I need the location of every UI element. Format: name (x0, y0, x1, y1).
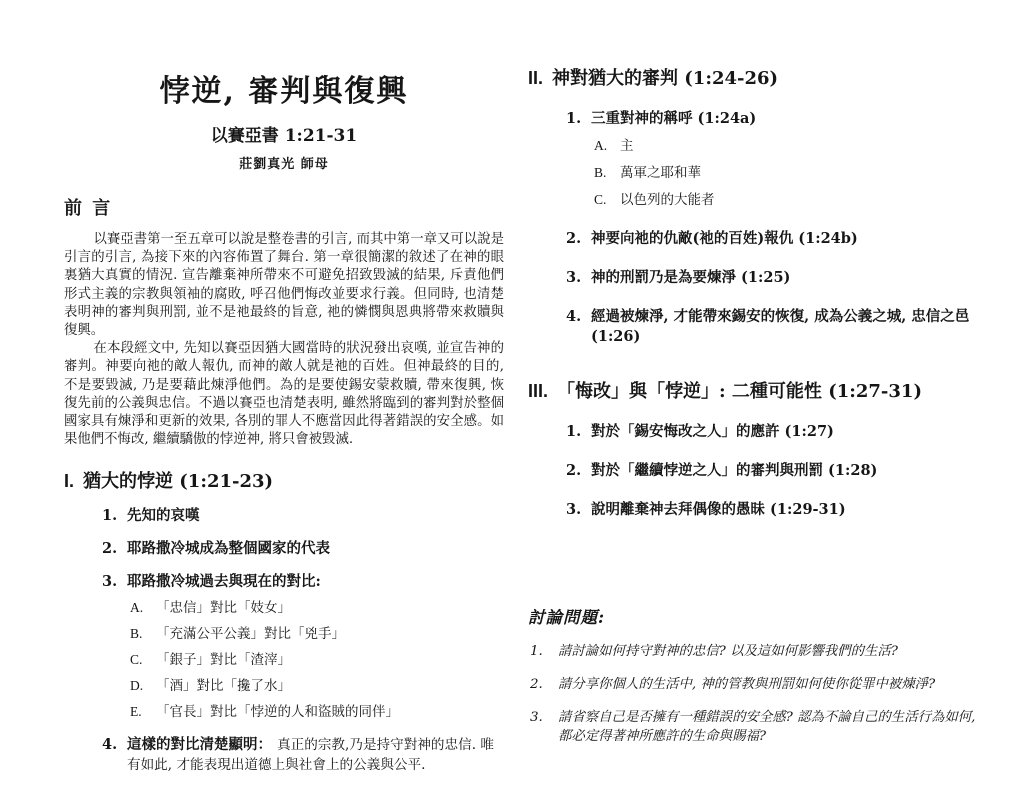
item-number: 1. (566, 109, 591, 129)
sub-item-letter: E. (130, 702, 156, 721)
sub-item-letter: C. (594, 190, 620, 209)
question-text: 請省察自己是否擁有一種錯誤的安全感? 認為不論自己的生活行為如何, 都必定得著神… (558, 708, 993, 746)
discussion-section: 討論問題: 1. 請討論如何持守對神的忠信? 以及這如何影響我們的生活? 2. … (528, 604, 993, 746)
item-text: 耶路撒冷城成為整個國家的代表 (127, 539, 504, 559)
section-3-title: 「悔改」與「悖逆」: 二種可能性 (1:27-31) (557, 377, 922, 403)
item-lead: 這樣的對比清楚顯明： (127, 736, 272, 753)
item-text: 對於「繼續悖逆之人」的審判與刑罰 (1:28) (591, 461, 993, 481)
sub-item: E. 「官長」對比「悖逆的人和盜賊的同伴」 (64, 702, 504, 722)
section-3: III. 「悔改」與「悖逆」: 二種可能性 (1:27-31) 1. 對於「錫安… (528, 377, 993, 520)
document-page: 悖逆, 審判與復興 以賽亞書 1:21-31 莊劉真光 師母 前 言 以賽亞書第… (0, 0, 1024, 791)
outline-item: 1. 先知的哀嘆 (64, 506, 504, 526)
left-column: 悖逆, 審判與復興 以賽亞書 1:21-31 莊劉真光 師母 前 言 以賽亞書第… (64, 0, 504, 775)
preface-paragraph-1: 以賽亞書第一至五章可以說是整卷書的引言, 而其中第一章又可以說是引言的引言, 為… (64, 231, 504, 340)
item-number: 3. (566, 500, 591, 520)
outline-item: 1. 三重對神的稱呼 (1:24a) (528, 109, 993, 129)
item-number: 2. (566, 229, 591, 249)
sub-item: A. 主 (528, 136, 993, 156)
outline-item: 1. 對於「錫安悔改之人」的應許 (1:27) (528, 422, 993, 442)
section-2-title: 神對猶大的審判 (1:24-26) (552, 64, 778, 90)
question-number: 2. (528, 675, 558, 694)
sub-item-letter: B. (130, 624, 156, 643)
question-number: 3. (528, 708, 558, 727)
sub-item: C. 「銀子」對比「渣滓」 (64, 650, 504, 670)
discussion-heading: 討論問題: (528, 604, 993, 628)
item-text: 三重對神的稱呼 (1:24a) (591, 109, 993, 129)
question-number: 1. (528, 642, 558, 661)
outline-item: 2. 對於「繼續悖逆之人」的審判與刑罰 (1:28) (528, 461, 993, 481)
scripture-reference: 以賽亞書 1:21-31 (64, 121, 504, 146)
author-name: 莊劉真光 師母 (64, 153, 504, 172)
item-text: 耶路撒冷城過去與現在的對比: (127, 572, 504, 592)
right-column: II. 神對猶大的審判 (1:24-26) 1. 三重對神的稱呼 (1:24a)… (528, 0, 993, 746)
item-number: 4. (102, 735, 127, 755)
section-2-numeral: II. (528, 68, 543, 89)
sub-item: A. 「忠信」對比「妓女」 (64, 598, 504, 618)
sub-item-text: 萬軍之耶和華 (620, 164, 701, 183)
item-number: 1. (566, 422, 591, 442)
sub-item-text: 「銀子」對比「渣滓」 (156, 651, 291, 670)
section-1-heading: I. 猶大的悖逆 (1:21-23) (64, 467, 504, 493)
item-number: 2. (566, 461, 591, 481)
question-text: 請討論如何持守對神的忠信? 以及這如何影響我們的生活? (558, 642, 993, 661)
preface-heading: 前 言 (64, 194, 504, 220)
section-2-heading: II. 神對猶大的審判 (1:24-26) (528, 64, 993, 90)
sub-item-text: 「充滿公平公義」對比「兇手」 (156, 625, 345, 644)
item-text: 神的刑罰乃是為要煉淨 (1:25) (591, 268, 993, 288)
discussion-question: 3. 請省察自己是否擁有一種錯誤的安全感? 認為不論自己的生活行為如何, 都必定… (528, 708, 993, 746)
document-title: 悖逆, 審判與復興 (64, 66, 504, 110)
section-3-heading: III. 「悔改」與「悖逆」: 二種可能性 (1:27-31) (528, 377, 993, 403)
outline-item: 2. 耶路撒冷城成為整個國家的代表 (64, 539, 504, 559)
preface-paragraph-2: 在本段經文中, 先知以賽亞因猶大國當時的狀況發出哀嘆, 並宣告神的審判。神要向祂… (64, 340, 504, 449)
sub-item-text: 「忠信」對比「妓女」 (156, 599, 291, 618)
sub-item-letter: D. (130, 676, 156, 695)
item-text: 先知的哀嘆 (127, 506, 504, 526)
outline-item: 3. 說明離棄神去拜偶像的愚昧 (1:29-31) (528, 500, 993, 520)
discussion-question: 1. 請討論如何持守對神的忠信? 以及這如何影響我們的生活? (528, 642, 993, 661)
outline-item: 3. 神的刑罰乃是為要煉淨 (1:25) (528, 268, 993, 288)
item-number: 3. (566, 268, 591, 288)
item-text: 說明離棄神去拜偶像的愚昧 (1:29-31) (591, 500, 993, 520)
item-text: 神要向祂的仇敵(祂的百姓)報仇 (1:24b) (591, 229, 993, 249)
item-number: 1. (102, 506, 127, 526)
item-text: 對於「錫安悔改之人」的應許 (1:27) (591, 422, 993, 442)
section-3-numeral: III. (528, 381, 548, 402)
question-text: 請分享你個人的生活中, 神的管教與刑罰如何使你從罪中被煉淨? (558, 675, 993, 694)
sub-item-letter: B. (594, 163, 620, 182)
sub-item-letter: C. (130, 650, 156, 669)
item-text: 這樣的對比清楚顯明： 真正的宗教,乃是持守對神的忠信. 唯有如此, 才能表現出道… (127, 735, 504, 775)
section-1-title: 猶大的悖逆 (1:21-23) (83, 467, 273, 493)
sub-item-text: 主 (620, 137, 634, 156)
sub-item-text: 「官長」對比「悖逆的人和盜賊的同伴」 (156, 703, 399, 722)
item-number: 2. (102, 539, 127, 559)
section-1-numeral: I. (64, 471, 74, 492)
discussion-question: 2. 請分享你個人的生活中, 神的管教與刑罰如何使你從罪中被煉淨? (528, 675, 993, 694)
outline-item: 4. 這樣的對比清楚顯明： 真正的宗教,乃是持守對神的忠信. 唯有如此, 才能表… (64, 735, 504, 775)
sub-item-text: 「酒」對比「攙了水」 (156, 677, 291, 696)
sub-item-text: 以色列的大能者 (620, 191, 715, 210)
outline-item: 4. 經過被煉淨, 才能帶來錫安的恢復, 成為公義之城, 忠信之邑 (1:26) (528, 307, 993, 347)
section-1: I. 猶大的悖逆 (1:21-23) 1. 先知的哀嘆 2. 耶路撒冷城成為整個… (64, 467, 504, 775)
outline-item: 3. 耶路撒冷城過去與現在的對比: (64, 572, 504, 592)
item-number: 3. (102, 572, 127, 592)
section-2: II. 神對猶大的審判 (1:24-26) 1. 三重對神的稱呼 (1:24a)… (528, 64, 993, 347)
item-number: 4. (566, 307, 591, 327)
sub-item: C. 以色列的大能者 (528, 190, 993, 210)
sub-item: B. 萬軍之耶和華 (528, 163, 993, 183)
outline-item: 2. 神要向祂的仇敵(祂的百姓)報仇 (1:24b) (528, 229, 993, 249)
sub-item: B. 「充滿公平公義」對比「兇手」 (64, 624, 504, 644)
sub-item: D. 「酒」對比「攙了水」 (64, 676, 504, 696)
item-text: 經過被煉淨, 才能帶來錫安的恢復, 成為公義之城, 忠信之邑 (1:26) (591, 307, 993, 347)
sub-item-letter: A. (594, 136, 620, 155)
sub-item-letter: A. (130, 598, 156, 617)
